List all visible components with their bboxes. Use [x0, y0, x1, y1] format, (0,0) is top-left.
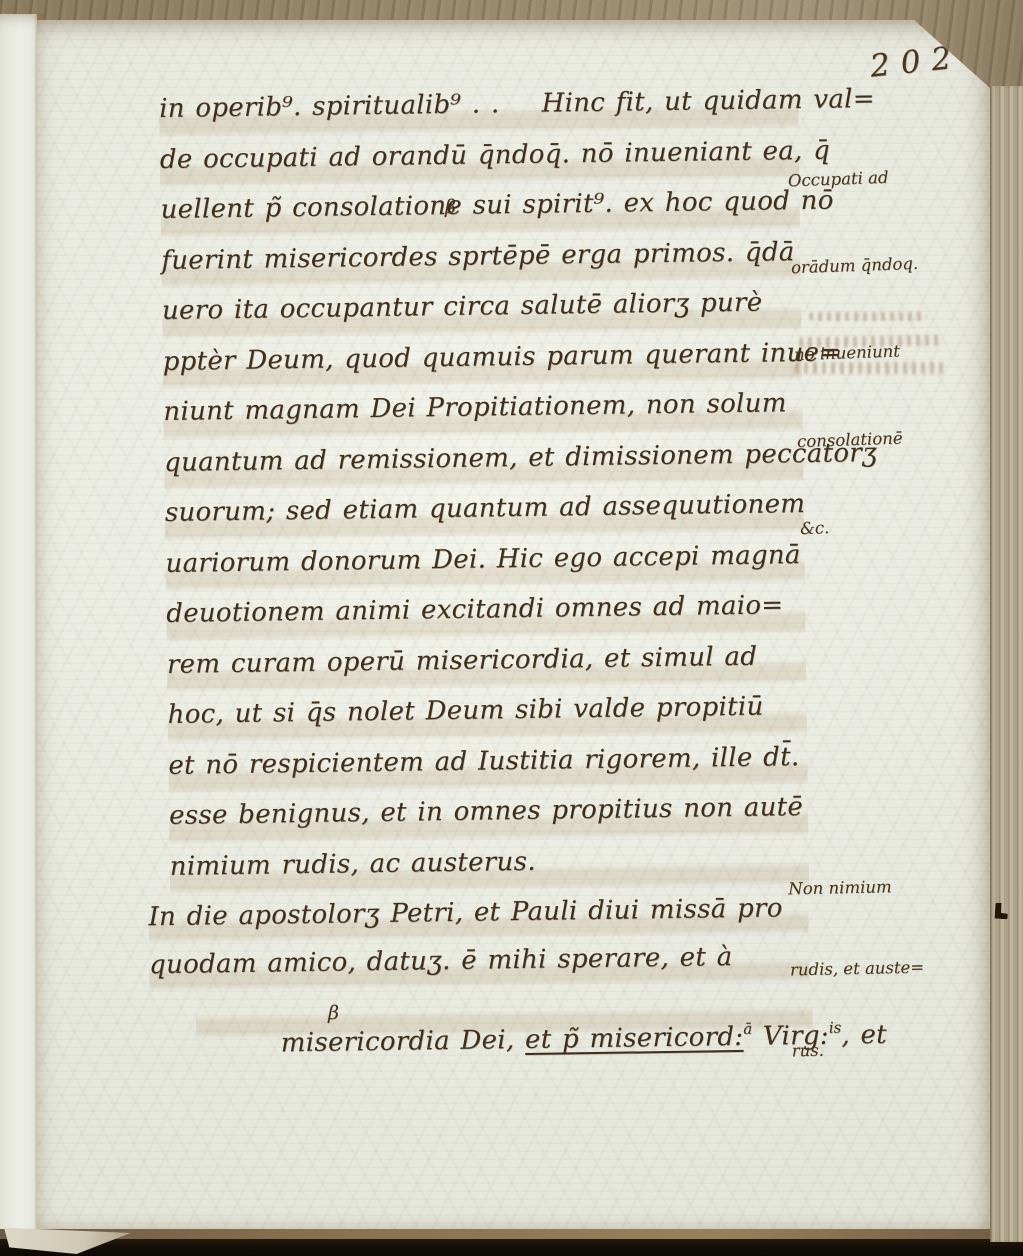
margin-note-line: consolationē — [797, 423, 925, 456]
margin-note-line: rus. — [791, 1035, 926, 1065]
text-line: misericordia Dei, et p̃ misericord:ā Vir… — [196, 988, 853, 1045]
margin-note: Occupati ad orādum q̄ndoq. nō inueniunt … — [785, 104, 929, 601]
superscript-abbreviation: ā — [743, 1020, 752, 1038]
manuscript-page: 202 in operib⁹. spiritualib⁹ . . Hinc fi… — [37, 20, 992, 1232]
previous-page-edge — [0, 14, 37, 1236]
interlinear-mark: β — [445, 196, 456, 218]
margin-note-line: rudis, et auste= — [790, 954, 925, 984]
margin-note-line: nō inueniunt — [794, 336, 922, 369]
margin-note: Non nimium rudis, et auste= rus. — [787, 819, 927, 1119]
book-binding-shadow — [0, 1239, 1023, 1256]
margin-note-line: &c. — [800, 510, 928, 543]
manuscript-scan: 202 in operib⁹. spiritualib⁹ . . Hinc fi… — [0, 0, 1023, 1256]
margin-note-line: Occupati ad — [787, 162, 915, 195]
margin-note-line: Non nimium — [788, 873, 923, 903]
book-page-edges — [990, 86, 1023, 1242]
margin-note-line: orādum q̄ndoq. — [790, 249, 918, 282]
underlined-text-segment: et p̃ misericord: — [525, 1022, 744, 1055]
body-text: in operib⁹. spiritualib⁹ . . Hinc fit, u… — [159, 85, 852, 1046]
page-number: 202 — [868, 39, 963, 84]
text-segment: misericordia Dei, — [281, 1025, 526, 1058]
interlinear-mark: β — [328, 1002, 339, 1024]
